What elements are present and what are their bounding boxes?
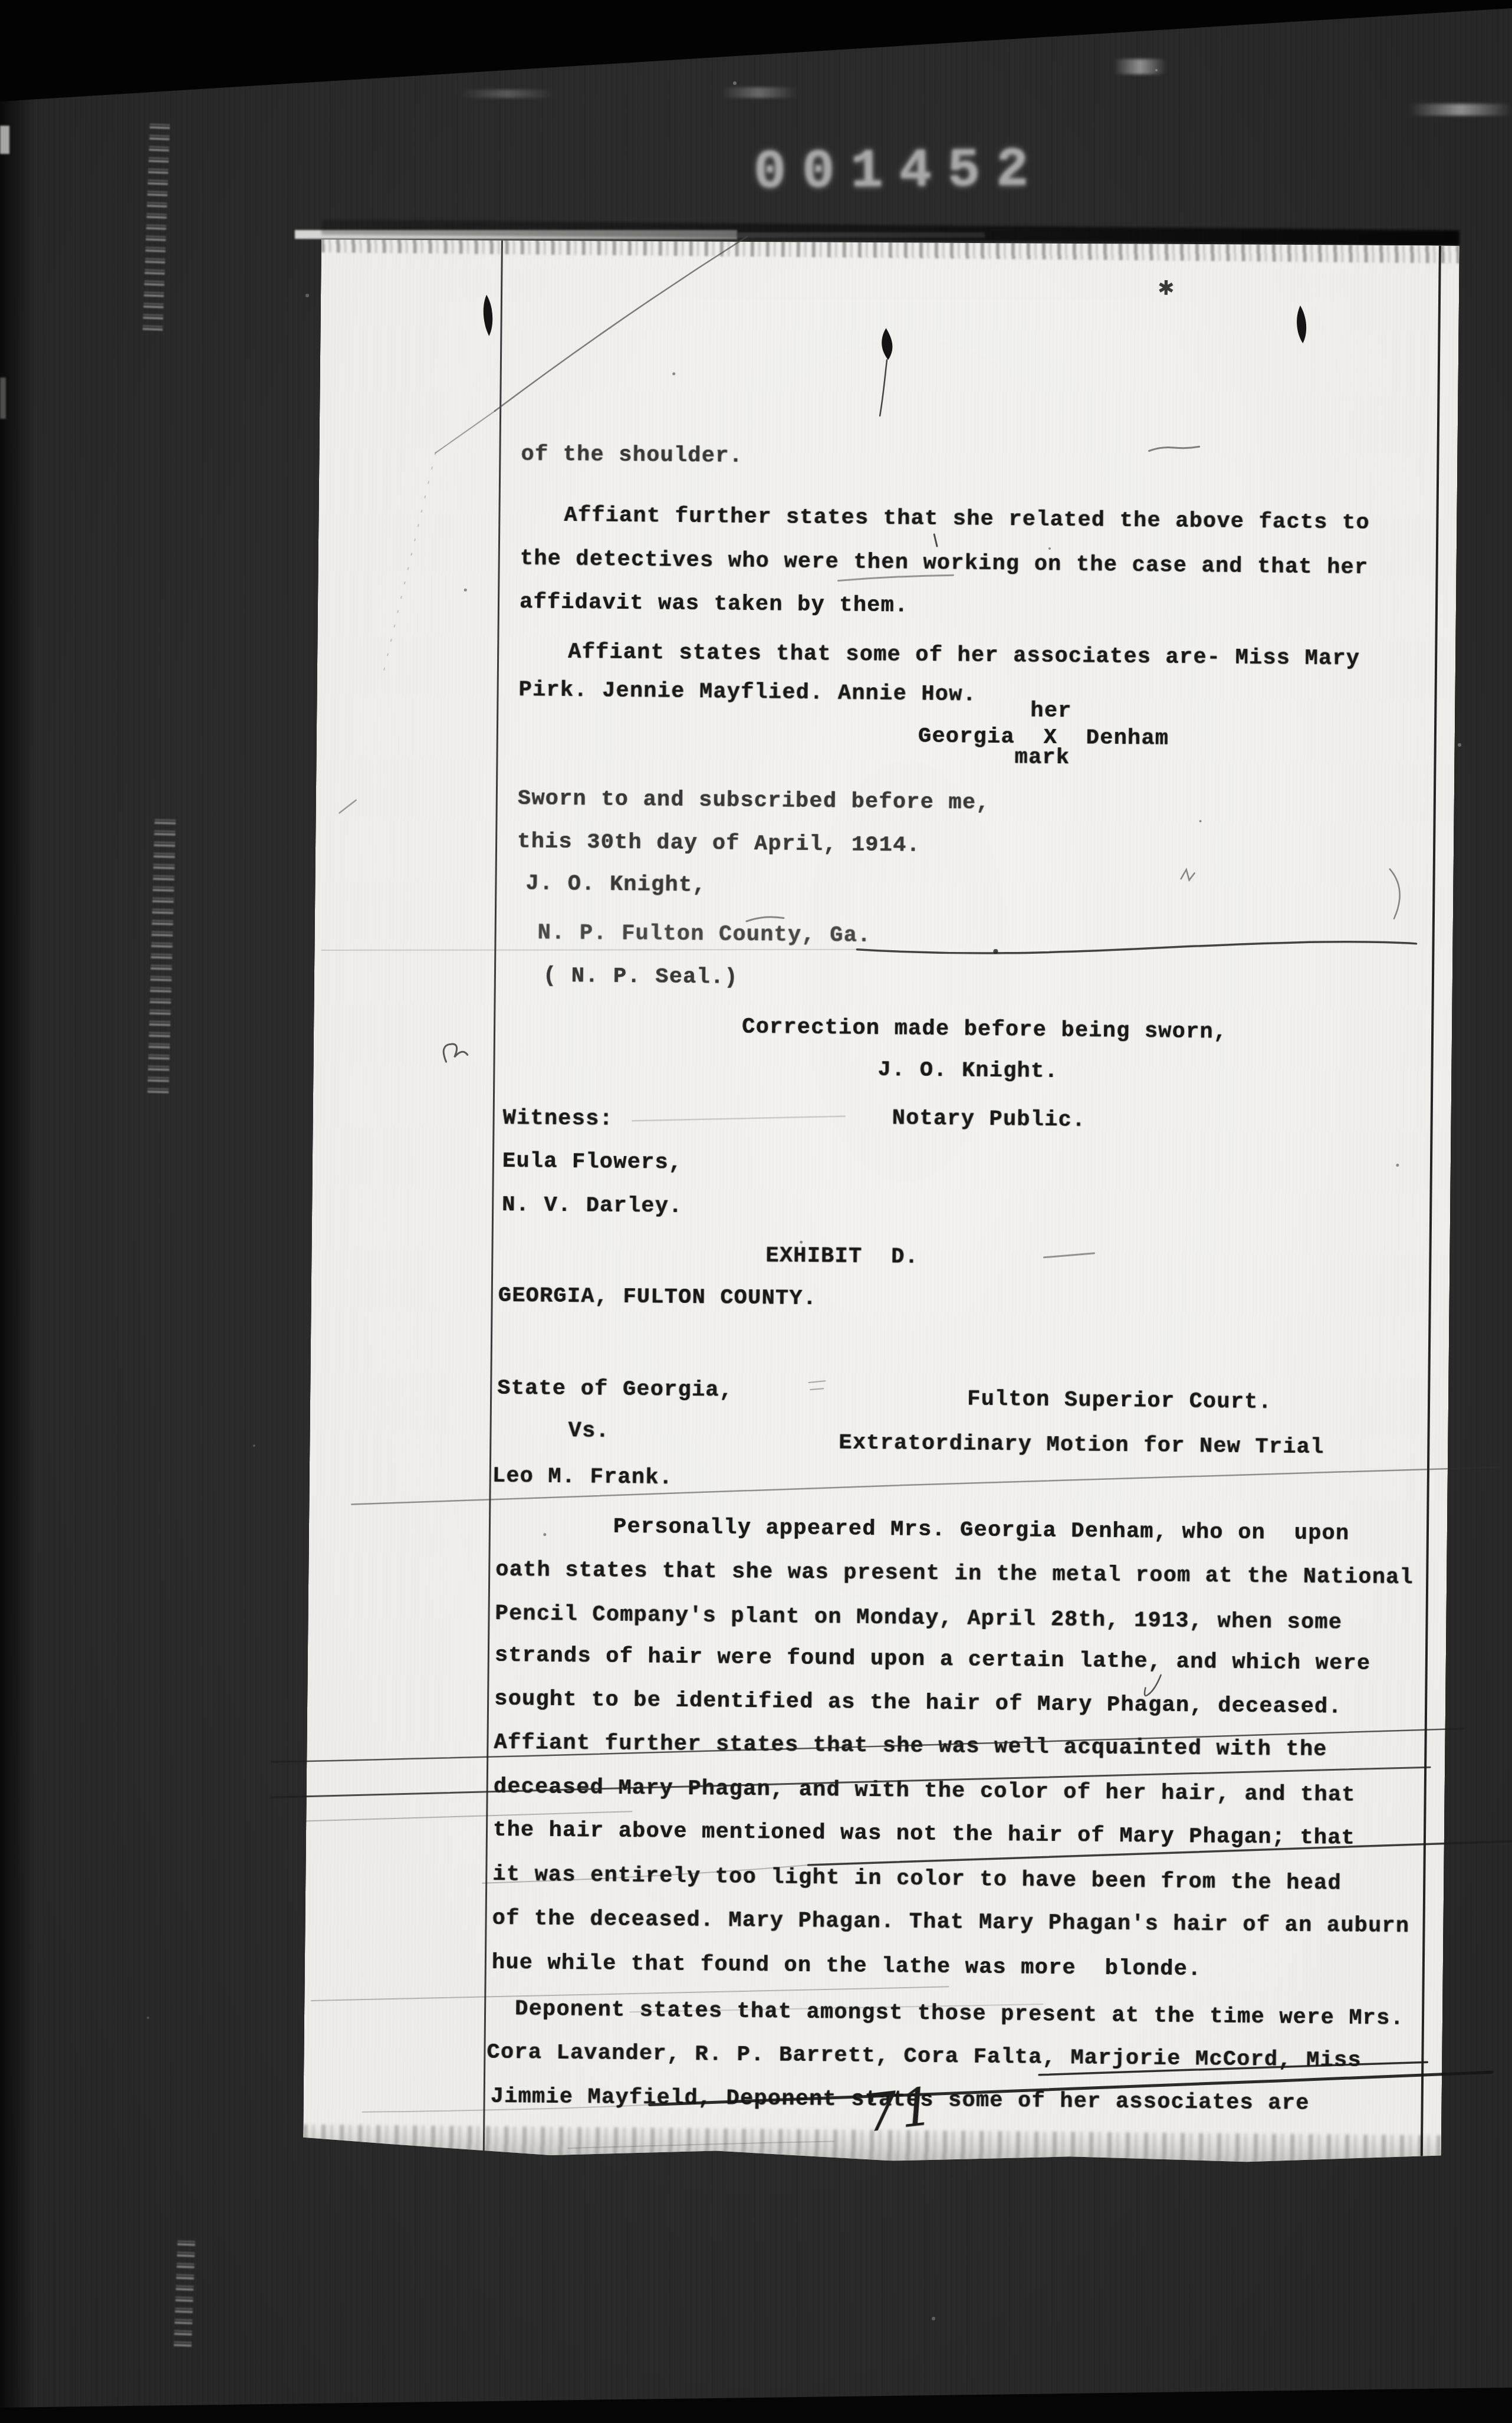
film-edge-sliver xyxy=(0,377,6,419)
ink-dot xyxy=(993,949,998,954)
handwritten-caret xyxy=(1145,1675,1161,1696)
underline-scratch xyxy=(808,1834,1512,1872)
scratch-tick xyxy=(340,800,356,813)
pencil-dash xyxy=(838,574,953,582)
pencil-zigzag xyxy=(1181,869,1195,880)
ink-blot-mark xyxy=(1297,306,1307,343)
document-page: of the shoulder.Affiant further states t… xyxy=(303,235,1460,2169)
strike-scratch xyxy=(271,1717,1463,1773)
pencil-dash xyxy=(808,1381,825,1390)
film-left-edge xyxy=(0,0,35,2423)
strike-scratch-faint xyxy=(362,2102,649,2115)
film-edge-sliver xyxy=(0,126,9,154)
film-streak xyxy=(721,87,797,98)
stray-tick-mark xyxy=(934,534,937,546)
scratch-line-faint xyxy=(311,1981,948,2007)
diagonal-crease-faint xyxy=(383,452,436,674)
pencil-dash xyxy=(1149,446,1199,451)
diagonal-crease xyxy=(495,234,747,413)
underline-scratch-faint xyxy=(482,1862,808,1886)
strike-scratch-faint xyxy=(271,1808,632,1826)
ink-blot-tail xyxy=(880,360,887,416)
film-streak xyxy=(1409,104,1512,116)
microfilm-frame: 001452 of the shoulder.Affiant further s… xyxy=(0,0,1512,2423)
star-mark-icon: ✱ xyxy=(1158,274,1174,303)
film-streak xyxy=(1113,59,1166,74)
diagonal-crease xyxy=(435,411,495,454)
scratch-line-faint xyxy=(568,2139,834,2151)
scratch-line-faint xyxy=(321,944,857,956)
scratch-line-faint xyxy=(630,2000,1043,2016)
pencil-dash xyxy=(1044,1253,1094,1258)
paper-specks xyxy=(449,370,1406,2181)
strike-scratch-heavy xyxy=(650,2064,1493,2113)
ink-blot-mark xyxy=(483,295,492,336)
underline-scratch xyxy=(1039,2058,1427,2079)
scratch-line xyxy=(857,937,1416,958)
signature-blank-line xyxy=(633,1114,845,1122)
ink-blot-mark xyxy=(882,328,893,360)
strike-scratch xyxy=(271,1756,1431,1808)
film-streak xyxy=(460,90,554,98)
pencil-arc xyxy=(1389,869,1400,918)
pencil-check xyxy=(747,917,784,921)
handwritten-page-number: 71 xyxy=(862,2076,939,2144)
scratch-marks-overlay: ✱ xyxy=(243,175,1512,2253)
handwritten-squiggle xyxy=(443,1044,468,1062)
crease-line xyxy=(351,1456,1501,1516)
